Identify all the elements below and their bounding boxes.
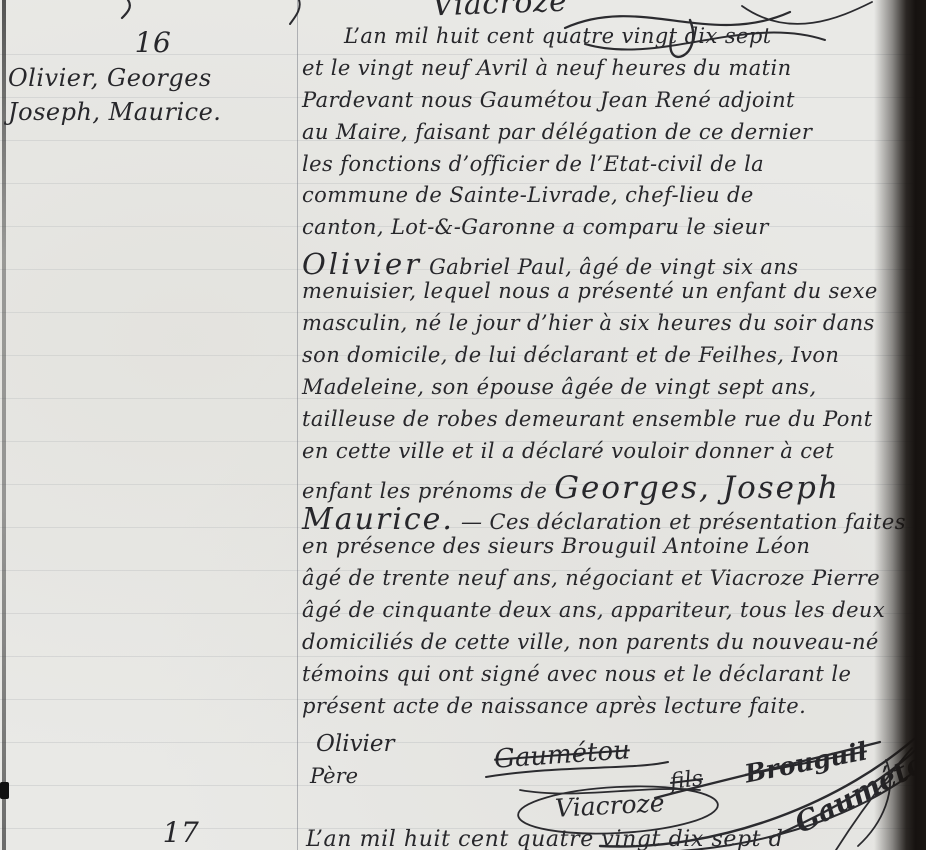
firstnames-lead-in: enfant les prénoms de: [302, 479, 554, 503]
margin-name-line1: Olivier, Georges: [8, 64, 212, 92]
signature-declarant: Olivier: [316, 731, 395, 757]
act-line: Pardevant nous Gaumétou Jean René adjoin…: [302, 88, 922, 120]
margin-rule-line: [297, 0, 298, 850]
act-line: menuisier, lequel nous a présenté un enf…: [302, 279, 922, 311]
next-act-first-line: L’an mil huit cent quatre vingt dix sept…: [306, 827, 783, 850]
act-line: domiciliés de cette ville, non parents d…: [302, 630, 922, 662]
act-line-child-firstnames: enfant les prénoms de Georges, Joseph: [302, 470, 922, 502]
act-line-maurice: Maurice. — Ces déclaration et présentati…: [302, 502, 922, 534]
act-line: âgé de trente neuf ans, négociant et Via…: [302, 566, 922, 598]
act-line: au Maire, faisant par délégation de ce d…: [302, 120, 922, 152]
maurice-line-rest: — Ces déclaration et présentation faites: [454, 510, 906, 534]
signature-official-struck: Gaumétou: [493, 735, 631, 774]
act-line: Madeleine, son épouse âgée de vingt sept…: [302, 375, 922, 407]
act-line: masculin, né le jour d’hier à six heures…: [302, 311, 922, 343]
entry-number: 16: [118, 26, 188, 59]
act-line: âgé de cinquante deux ans, appariteur, t…: [302, 598, 922, 630]
act-line: les fonctions d’officier de l’Etat-civil…: [302, 152, 922, 184]
father-surname: Olivier: [302, 247, 422, 281]
act-line-father-name: Olivier Gabriel Paul, âgé de vingt six a…: [302, 247, 922, 279]
act-line: tailleuse de robes demeurant ensemble ru…: [302, 407, 922, 439]
register-page-scan: 16 Olivier, Georges Joseph, Maurice. 17 …: [0, 0, 926, 850]
act-line: présent acte de naissance après lecture …: [302, 694, 922, 726]
act-line: canton, Lot-&-Garonne a comparu le sieur: [302, 215, 922, 247]
act-line: et le vingt neuf Avril à neuf heures du …: [302, 56, 922, 88]
previous-act-signature: Viacroze: [431, 0, 568, 23]
act-line: L’an mil huit cent quatre vingt dix sept: [302, 24, 922, 56]
act-line: témoins qui ont signé avec nous et le dé…: [302, 662, 922, 694]
child-firstnames: Georges, Joseph: [554, 470, 840, 506]
signature-fils-word: fils: [669, 766, 705, 795]
father-name-rest: Gabriel Paul, âgé de vingt six ans: [422, 255, 798, 279]
ink-blot: [0, 782, 9, 799]
act-line: en présence des sieurs Brouguil Antoine …: [302, 534, 922, 566]
margin-name-line2: Joseph, Maurice.: [8, 98, 221, 126]
act-line: en cette ville et il a déclaré vouloir d…: [302, 439, 922, 471]
signature-witness-viacroze: Viacroze: [554, 788, 665, 823]
act-text: L’an mil huit cent quatre vingt dix sept…: [302, 24, 922, 726]
page-left-edge: [2, 0, 6, 850]
next-entry-number: 17: [146, 816, 216, 849]
child-thirdname: Maurice.: [302, 502, 454, 537]
signature-declarant-role: Père: [310, 764, 358, 788]
book-gutter-shadow: [874, 0, 926, 850]
act-line: son domicile, de lui déclarant et de Fei…: [302, 343, 922, 375]
act-line: commune de Sainte-Livrade, chef-lieu de: [302, 183, 922, 215]
